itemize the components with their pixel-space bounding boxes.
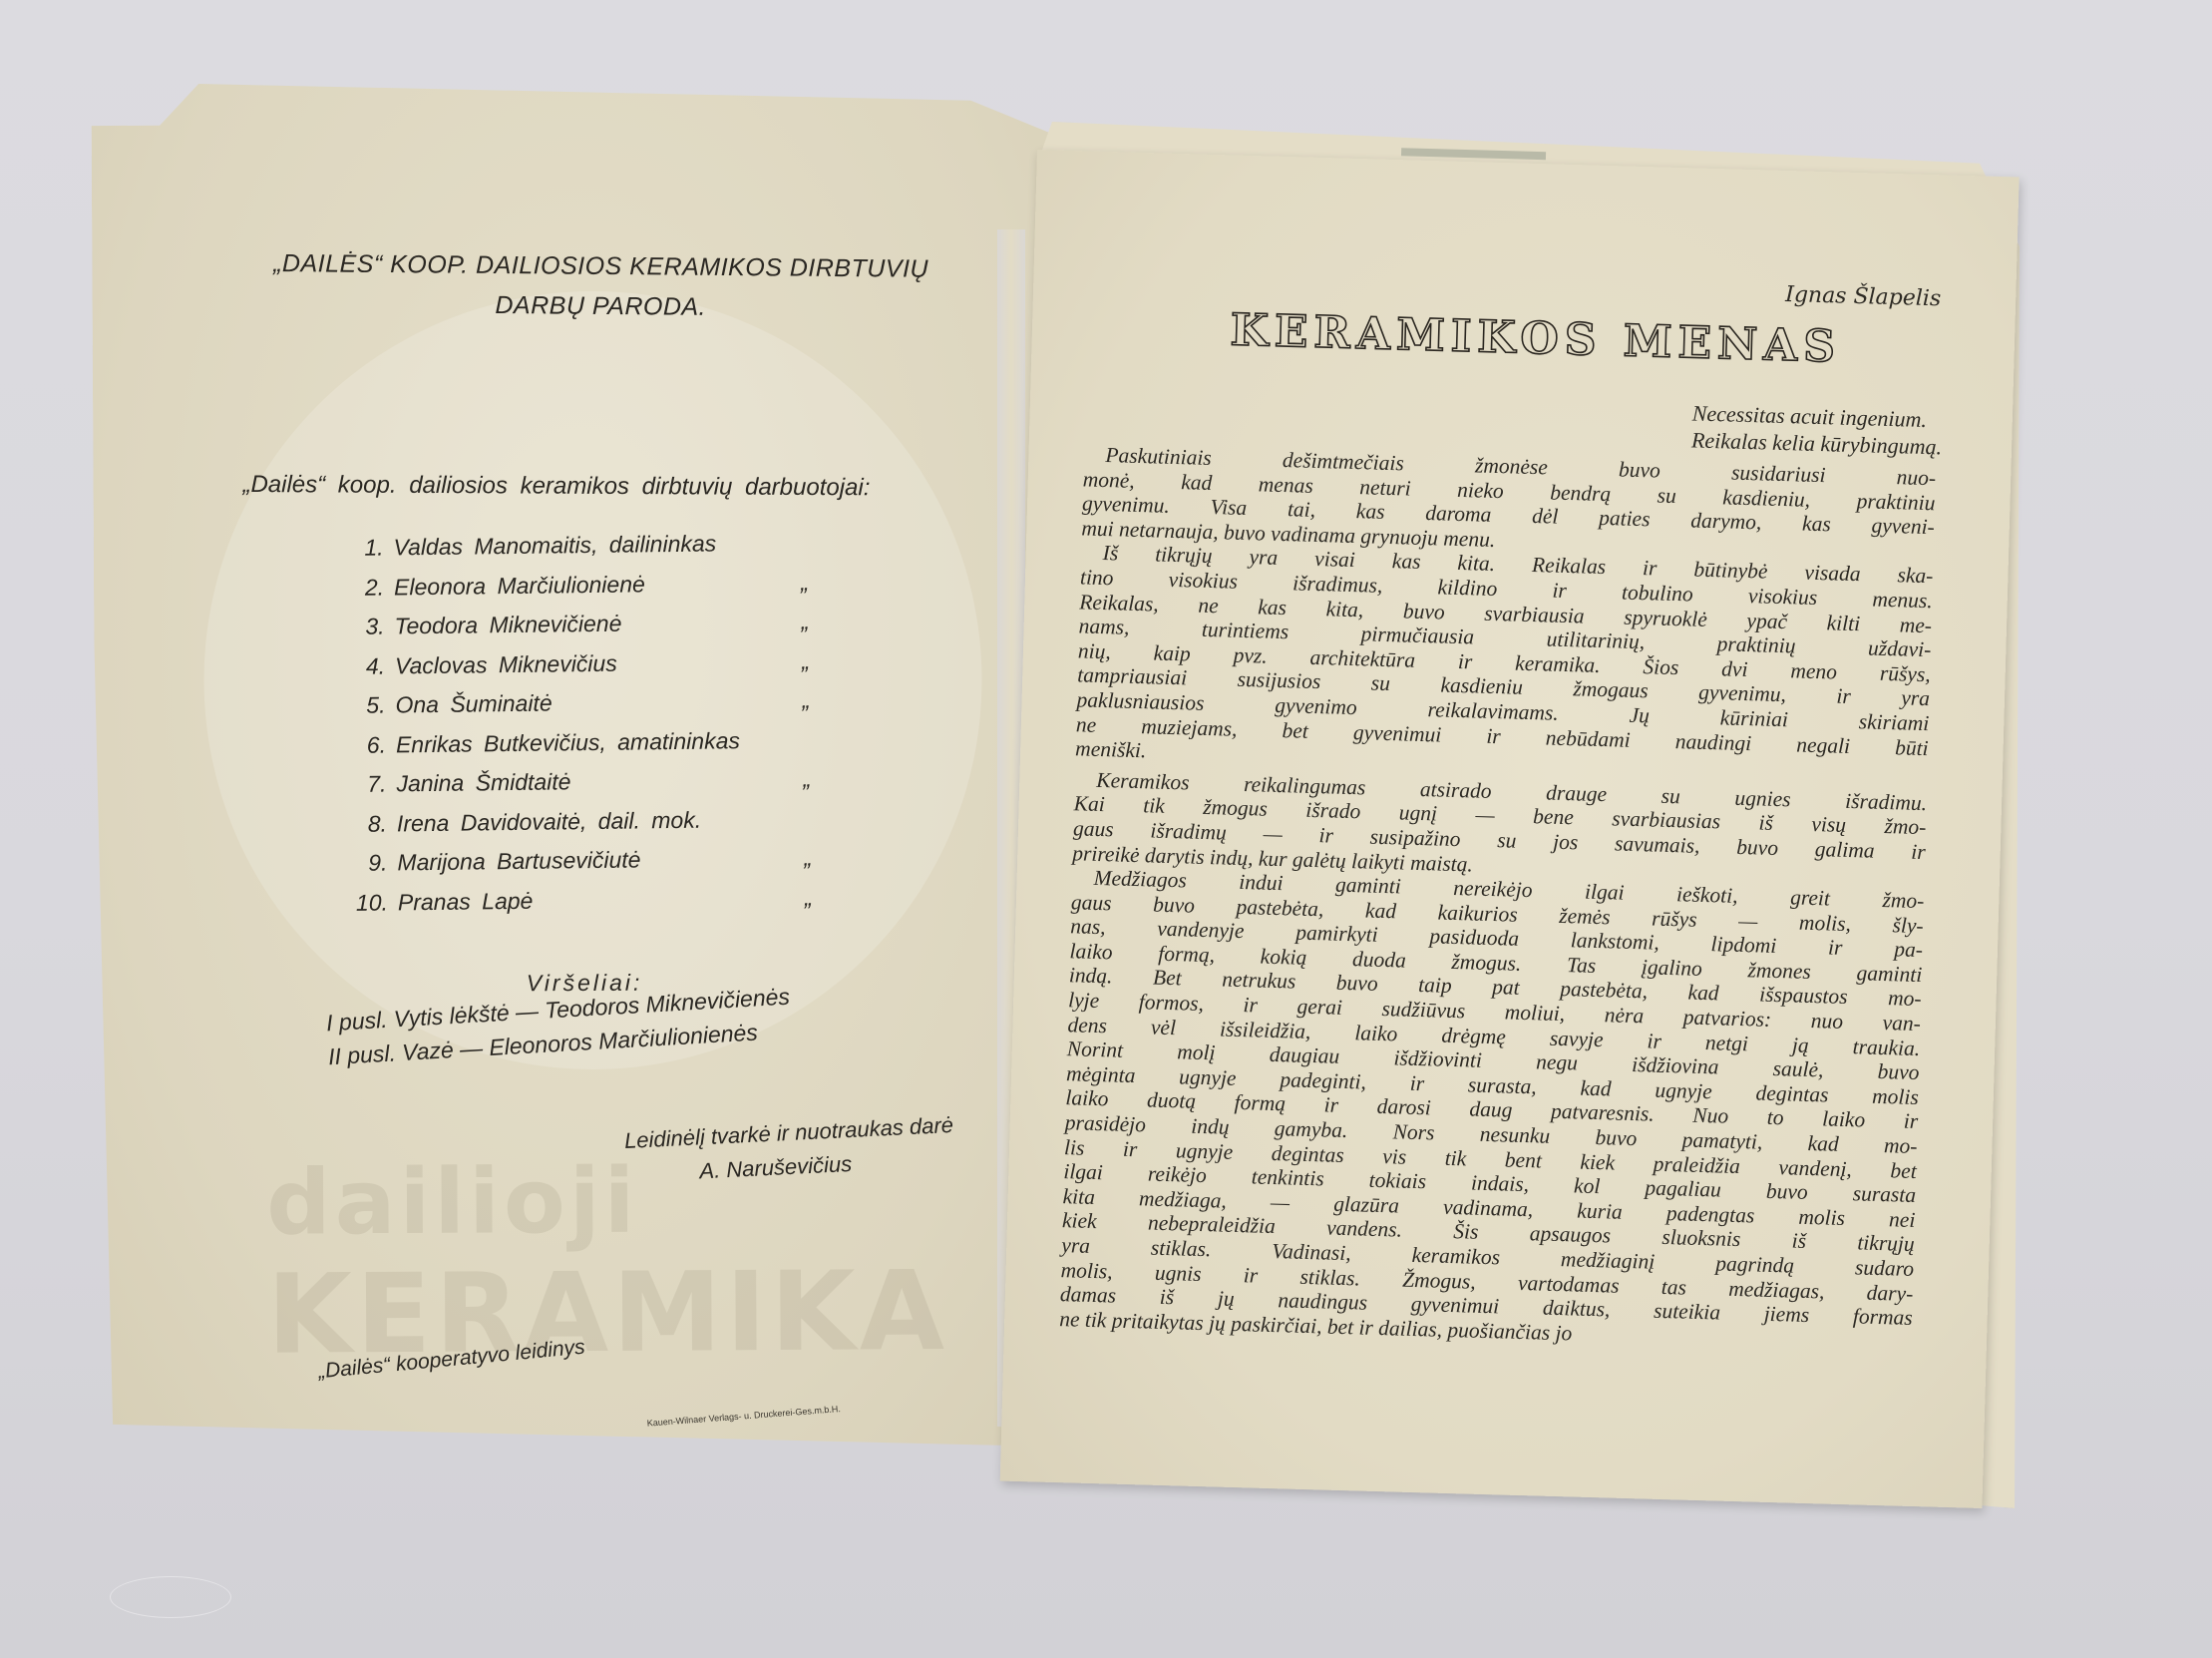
left-page: dailioji KERAMIKA „DAILĖS“ KOOP. DAILIOS… (91, 79, 1075, 1465)
staff-heading: „Dailės“ koop. dailiosios keramikos dirb… (242, 471, 960, 503)
staff-item: 5.Ona Šuminaitė„ (343, 680, 862, 726)
right-page: Ignas Šlapelis KERAMIKOS MENAS Necessita… (1000, 150, 2020, 1508)
staff-name: Eleonora Marčiulionienė (394, 571, 645, 601)
staff-item: 6.Enrikas Butkevičius, amatininkas (344, 719, 863, 765)
staff-name: Pranas Lapė (398, 888, 534, 917)
ditto-mark: „ (802, 647, 810, 674)
staff-name: Irena Davidovaitė, dail. mok. (397, 806, 702, 837)
ditto-mark: „ (801, 569, 809, 596)
staff-number: 2. (342, 574, 384, 602)
staff-item: 7.Janina Šmidtaitė„ (344, 759, 863, 805)
staff-item: 8.Irena Davidovaitė, dail. mok. (345, 798, 864, 844)
staff-number: 6. (344, 731, 386, 759)
exhibition-title: „DAILĖS“ KOOP. DAILIOSIOS KERAMIKOS DIRB… (241, 243, 960, 329)
ditto-mark: „ (802, 687, 810, 714)
article-author: Ignas Šlapelis (1785, 282, 1942, 311)
staff-item: 9.Marijona Bartusevičiutė„ (345, 838, 864, 884)
epigraph: Necessitas acuit ingenium. Reikalas keli… (1691, 399, 1944, 460)
ditto-mark: „ (803, 766, 811, 793)
epigraph-line: Reikalas kelia kūrybingumą. (1691, 426, 1943, 460)
staff-number: 4. (343, 652, 385, 680)
article-title: KERAMIKOS MENAS (1086, 300, 1985, 376)
staff-list: 1.Valdas Manomaitis, dailininkas 2.Eleon… (341, 523, 865, 923)
staff-number: 9. (345, 850, 387, 878)
ditto-mark: „ (804, 845, 812, 872)
staff-name: Janina Šmidtaitė (396, 769, 570, 798)
staff-name: Ona Šuminaitė (395, 690, 552, 719)
staff-item: 2.Eleonora Marčiulionienė„ (342, 562, 861, 608)
staff-item: 10.Pranas Lapė„ (346, 877, 865, 923)
staff-number: 7. (344, 771, 386, 799)
ditto-mark: „ (801, 609, 809, 635)
ditto-mark: „ (805, 884, 813, 911)
staff-number: 8. (345, 810, 387, 838)
staff-name: Teodora Miknevičienė (394, 611, 621, 640)
staff-item: 1.Valdas Manomaitis, dailininkas (341, 523, 860, 569)
table-mark (110, 1576, 231, 1618)
staff-number: 10. (346, 889, 388, 917)
staff-number: 3. (342, 614, 384, 641)
staff-name: Marijona Bartusevičiutė (397, 847, 640, 877)
printer-imprint: Kauen-Wilnaer Verlags- u. Druckerei-Ges.… (646, 1404, 841, 1429)
staff-name: Enrikas Butkevičius, amatininkas (396, 727, 740, 758)
staff-number: 1. (341, 535, 383, 563)
article-body: Paskutiniais dešimtmečiais žmonėse buvo … (1059, 442, 1937, 1355)
exhibition-title-line-2: DARBŲ PARODA. (241, 283, 959, 329)
exhibition-title-line-1: „DAILĖS“ KOOP. DAILIOSIOS KERAMIKOS DIRB… (241, 243, 959, 289)
staff-item: 3.Teodora Miknevičienė„ (342, 602, 861, 647)
staff-number: 5. (343, 692, 385, 720)
staff-item: 4.Vaclovas Miknevičius„ (343, 640, 862, 686)
credit-name: A. Naruševičius (536, 1142, 955, 1196)
credit: Leidinėlį tvarkė ir nuotraukas darė A. N… (535, 1108, 956, 1196)
staff-name: Vaclovas Miknevičius (395, 649, 617, 679)
staff-name: Valdas Manomaitis, dailininkas (393, 531, 716, 562)
